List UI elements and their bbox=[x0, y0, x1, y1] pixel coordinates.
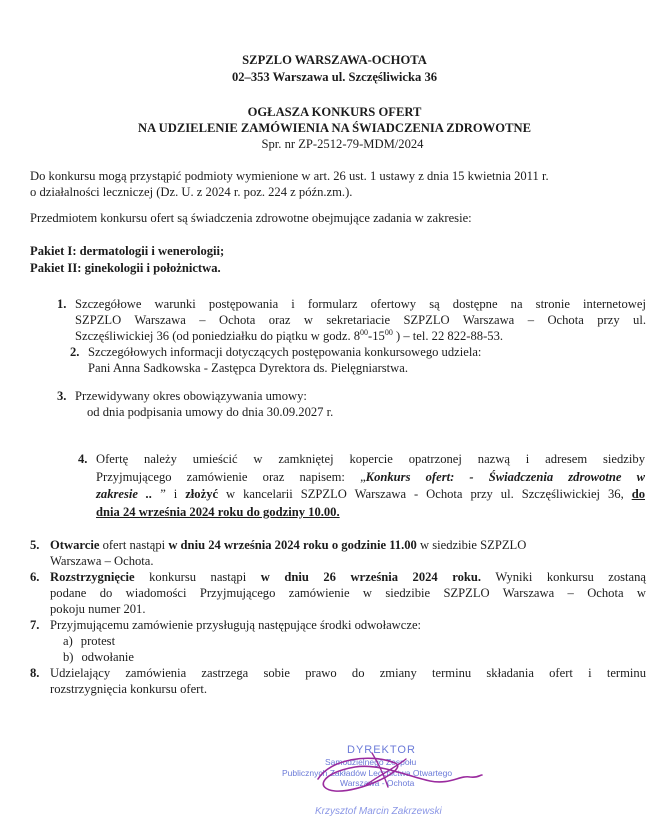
item-4-line-2: Przyjmującego zamówienie oraz napisem: „… bbox=[96, 469, 645, 487]
item-2-line-1: Szczegółowych informacji dotyczących pos… bbox=[88, 344, 481, 360]
package-1: Pakiet I: dermatologii i wenerologii; bbox=[30, 243, 224, 259]
intro-paragraph: Do konkursu mogą przystąpić podmioty wym… bbox=[30, 168, 650, 200]
case-number: Spr. nr ZP-2512-79-MDM/2024 bbox=[8, 136, 669, 152]
item-5-line-1: Otwarcie ofert nastąpi w dniu 24 wrześni… bbox=[50, 537, 650, 553]
item-8-line-2: rozstrzygnięcia konkursu ofert. bbox=[50, 681, 646, 697]
item-1-line-1: Szczegółowe warunki postępowania i formu… bbox=[75, 296, 646, 312]
item-4-line-3: zakresie .. ” i złożyć w kancelarii SZPZ… bbox=[96, 486, 645, 504]
org-name: SZPZLO WARSZAWA-OCHOTA bbox=[0, 52, 669, 68]
item-1-line-2: SZPZLO Warszawa – Ochota oraz w sekretar… bbox=[75, 312, 646, 328]
item-7-sub-b: b)odwołanie bbox=[63, 649, 134, 665]
item-1-number: 1. bbox=[57, 296, 66, 312]
stamp-signatory-name: Krzysztof Marcin Zakrzewski bbox=[315, 804, 442, 820]
item-3-number: 3. bbox=[57, 388, 66, 404]
item-8-line-1: Udzielający zamówienia zastrzega sobie p… bbox=[50, 665, 646, 681]
item-5-number: 5. bbox=[30, 537, 39, 553]
announcement-title: OGŁASZA KONKURS OFERT bbox=[0, 104, 669, 120]
item-4-deadline: dnia 24 września 2024 roku do godziny 10… bbox=[96, 504, 645, 522]
item-3-line-2: od dnia podpisania umowy do dnia 30.09.2… bbox=[87, 404, 333, 420]
item-6-line-2: podane do wiadomości Przyjmującego zamów… bbox=[50, 585, 646, 601]
item-1-text: Szczegółowe warunki postępowania i formu… bbox=[75, 296, 646, 344]
intro-line-2: o działalności leczniczej (Dz. U. z 2024… bbox=[30, 184, 650, 200]
item-2-number: 2. bbox=[70, 344, 79, 360]
item-2-line-2: Pani Anna Sadkowska - Zastępca Dyrektora… bbox=[88, 360, 481, 376]
item-8-text: Udzielający zamówienia zastrzega sobie p… bbox=[50, 665, 646, 697]
item-6-text: Rozstrzygnięcie konkursu nastąpi w dniu … bbox=[50, 569, 646, 617]
item-7-line-1: Przyjmującemu zamówienie przysługują nas… bbox=[50, 617, 421, 633]
item-5-line-2: Warszawa – Ochota. bbox=[50, 553, 650, 569]
item-6-line-1: Rozstrzygnięcie konkursu nastąpi w dniu … bbox=[50, 569, 646, 585]
item-5-text: Otwarcie ofert nastąpi w dniu 24 wrześni… bbox=[50, 537, 650, 569]
item-7-sub-a: a)protest bbox=[63, 633, 115, 649]
org-address: 02–353 Warszawa ul. Szczęśliwicka 36 bbox=[0, 69, 669, 85]
subject-paragraph: Przedmiotem konkursu ofert są świadczeni… bbox=[30, 210, 472, 226]
item-6-line-3: pokoju numer 201. bbox=[50, 601, 646, 617]
item-8-number: 8. bbox=[30, 665, 39, 681]
item-4-line-1: Ofertę należy umieścić w zamkniętej kope… bbox=[96, 451, 645, 469]
item-4-text: Ofertę należy umieścić w zamkniętej kope… bbox=[96, 451, 645, 521]
item-1-line-3: Szczęśliwickiej 36 (od poniedziałku do p… bbox=[75, 328, 646, 344]
item-6-number: 6. bbox=[30, 569, 39, 585]
announcement-subtitle: NA UDZIELENIE ZAMÓWIENIA NA ŚWIADCZENIA … bbox=[0, 120, 669, 136]
item-3-line-1: Przewidywany okres obowiązywania umowy: bbox=[75, 388, 307, 404]
item-4-number: 4. bbox=[78, 451, 87, 467]
handwritten-signature bbox=[300, 745, 500, 805]
item-2-text: Szczegółowych informacji dotyczących pos… bbox=[88, 344, 481, 376]
intro-line-1: Do konkursu mogą przystąpić podmioty wym… bbox=[30, 168, 650, 184]
package-2: Pakiet II: ginekologii i położnictwa. bbox=[30, 260, 221, 276]
item-7-number: 7. bbox=[30, 617, 39, 633]
